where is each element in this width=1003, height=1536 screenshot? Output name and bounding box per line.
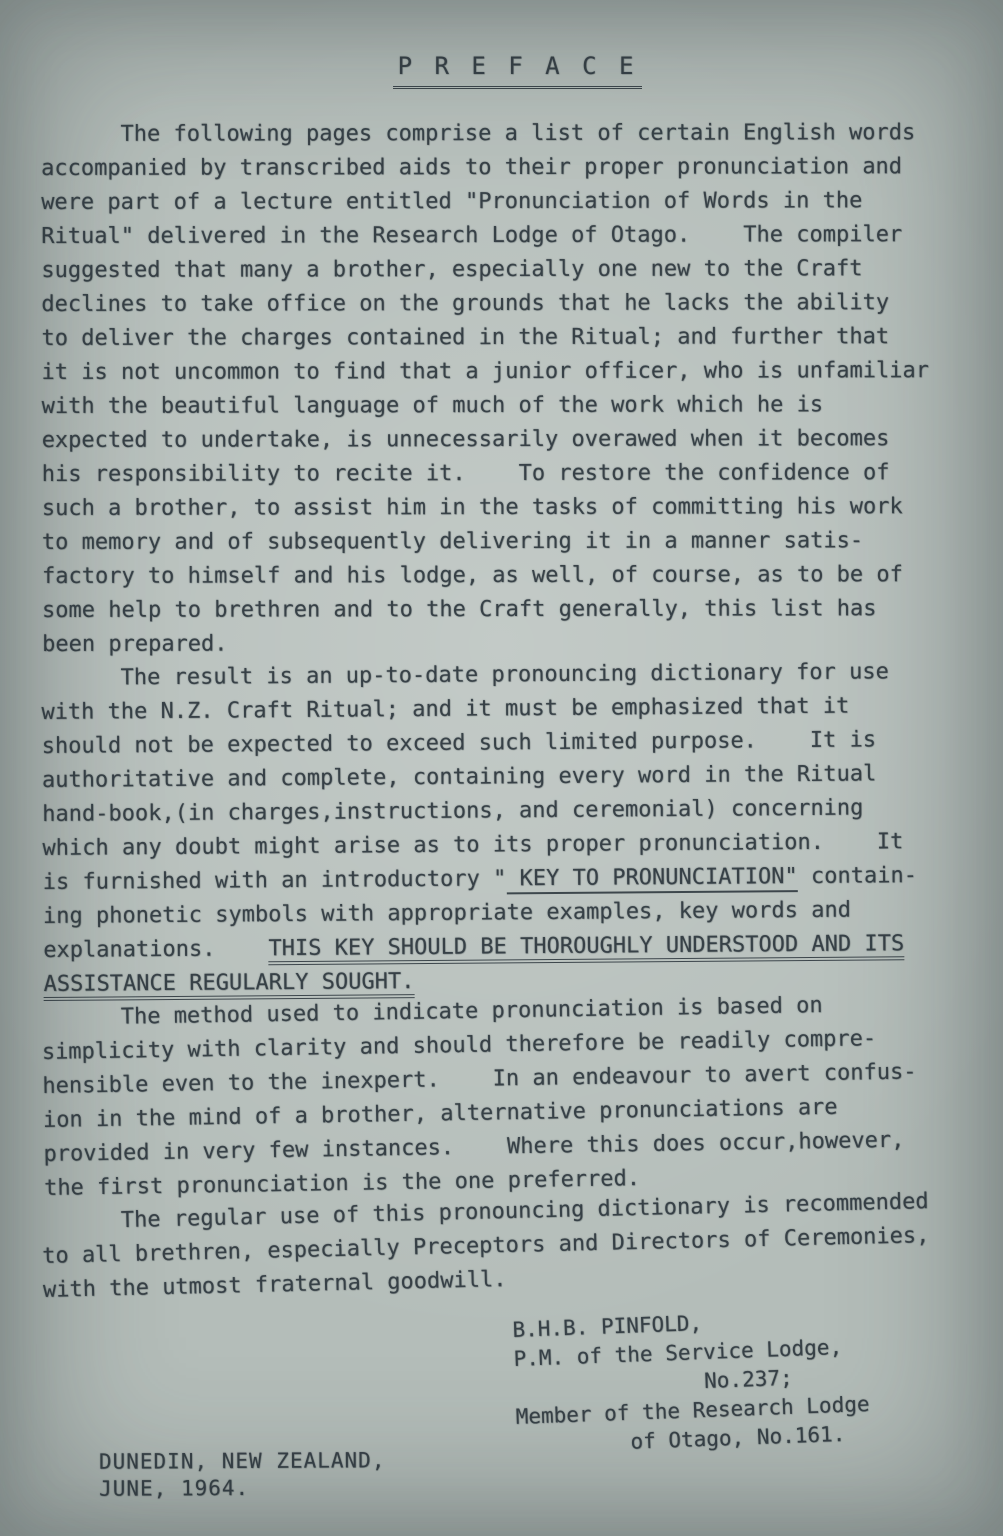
place-line: DUNEDIN, NEW ZEALAND,	[99, 1447, 386, 1475]
text-segment: explanations.	[43, 936, 268, 963]
text-segment: Ritual" delivered in the Research Lodge …	[41, 222, 902, 249]
underlined-text-segment: THIS KEY SHOULD BE THOROUGHLY UNDERSTOOD…	[268, 931, 904, 965]
text-segment: should not be expected to exceed such li…	[42, 727, 877, 759]
title-row: P R E F A C E	[0, 52, 1003, 89]
text-line: were part of a lecture entitled "Pronunc…	[41, 184, 983, 220]
photographed-document-page: P R E F A C E The following pages compri…	[0, 0, 1003, 1536]
text-segment: it is not uncommon to find that a junior…	[42, 358, 929, 385]
text-line: his responsibility to recite it. To rest…	[42, 456, 984, 492]
text-line: expected to undertake, is unnecessarily …	[42, 422, 984, 458]
paragraph: The result is an up-to-date pronouncing …	[41, 655, 986, 1002]
text-segment: accompanied by transcribed aids to their…	[41, 154, 902, 181]
text-segment: declines to take office on the grounds t…	[41, 290, 889, 317]
text-line: accompanied by transcribed aids to their…	[41, 150, 983, 186]
text-segment: factory to himself and his lodge, as wel…	[42, 562, 903, 589]
date-line: JUNE, 1964.	[99, 1474, 386, 1502]
text-segment: to deliver the charges contained in the …	[41, 324, 889, 351]
text-line: suggested that many a brother, especiall…	[41, 252, 983, 288]
signature-block: B.H.B. PINFOLD, P.M. of the Service Lodg…	[512, 1303, 871, 1461]
text-segment: to memory and of subsequently delivering…	[42, 528, 863, 555]
paragraph: The regular use of this pronouncing dict…	[41, 1184, 985, 1308]
text-segment: hand-book,(in charges,instructions, and …	[42, 796, 863, 827]
text-segment: which any doubt might arise as to its pr…	[42, 829, 903, 861]
text-segment: The following pages comprise a list of c…	[41, 120, 915, 147]
text-segment: his responsibility to recite it. To rest…	[42, 460, 890, 487]
text-segment: some help to brethren and to the Craft g…	[42, 596, 877, 623]
text-segment: were part of a lecture entitled "Pronunc…	[41, 188, 862, 215]
text-segment: expected to undertake, is unnecessarily …	[42, 426, 890, 453]
text-segment: authoritative and complete, containing e…	[42, 761, 877, 793]
typewritten-preface: P R E F A C E The following pages compri…	[0, 0, 1003, 1536]
text-line: to deliver the charges contained in the …	[41, 320, 983, 356]
text-segment: The result is an up-to-date pronouncing …	[41, 659, 889, 691]
text-segment: is furnished with an introductory "	[43, 866, 507, 895]
text-line: with the beautiful language of much of t…	[42, 388, 984, 424]
text-segment: contain-	[798, 863, 917, 889]
text-segment: with the utmost fraternal goodwill.	[43, 1267, 507, 1303]
underlined-text-segment: KEY TO PRONUNCIATION"	[506, 864, 798, 894]
text-line: to memory and of subsequently delivering…	[42, 524, 984, 560]
text-line: declines to take office on the grounds t…	[41, 286, 983, 322]
text-segment: ing phonetic symbols with appropriate ex…	[43, 898, 851, 929]
text-segment: with the N.Z. Craft Ritual; and it must …	[41, 694, 849, 725]
body-text: The following pages comprise a list of c…	[41, 118, 983, 1308]
text-line: it is not uncommon to find that a junior…	[41, 354, 983, 390]
text-line: some help to brethren and to the Craft g…	[42, 592, 984, 628]
text-segment: such a brother, to assist him in the tas…	[42, 494, 903, 521]
paragraph: The following pages comprise a list of c…	[41, 116, 984, 662]
text-line: Ritual" delivered in the Research Lodge …	[41, 218, 983, 254]
text-segment: with the beautiful language of much of t…	[42, 392, 824, 419]
text-line: such a brother, to assist him in the tas…	[42, 490, 984, 526]
page-title: P R E F A C E	[393, 52, 643, 89]
text-segment: been prepared.	[42, 632, 227, 657]
paragraph: The method used to indicate pronunciatio…	[41, 986, 986, 1206]
place-date-block: DUNEDIN, NEW ZEALAND, JUNE, 1964.	[99, 1447, 386, 1502]
text-line: The following pages comprise a list of c…	[41, 116, 983, 152]
text-segment: suggested that many a brother, especiall…	[41, 256, 862, 283]
text-line: factory to himself and his lodge, as wel…	[42, 558, 984, 594]
